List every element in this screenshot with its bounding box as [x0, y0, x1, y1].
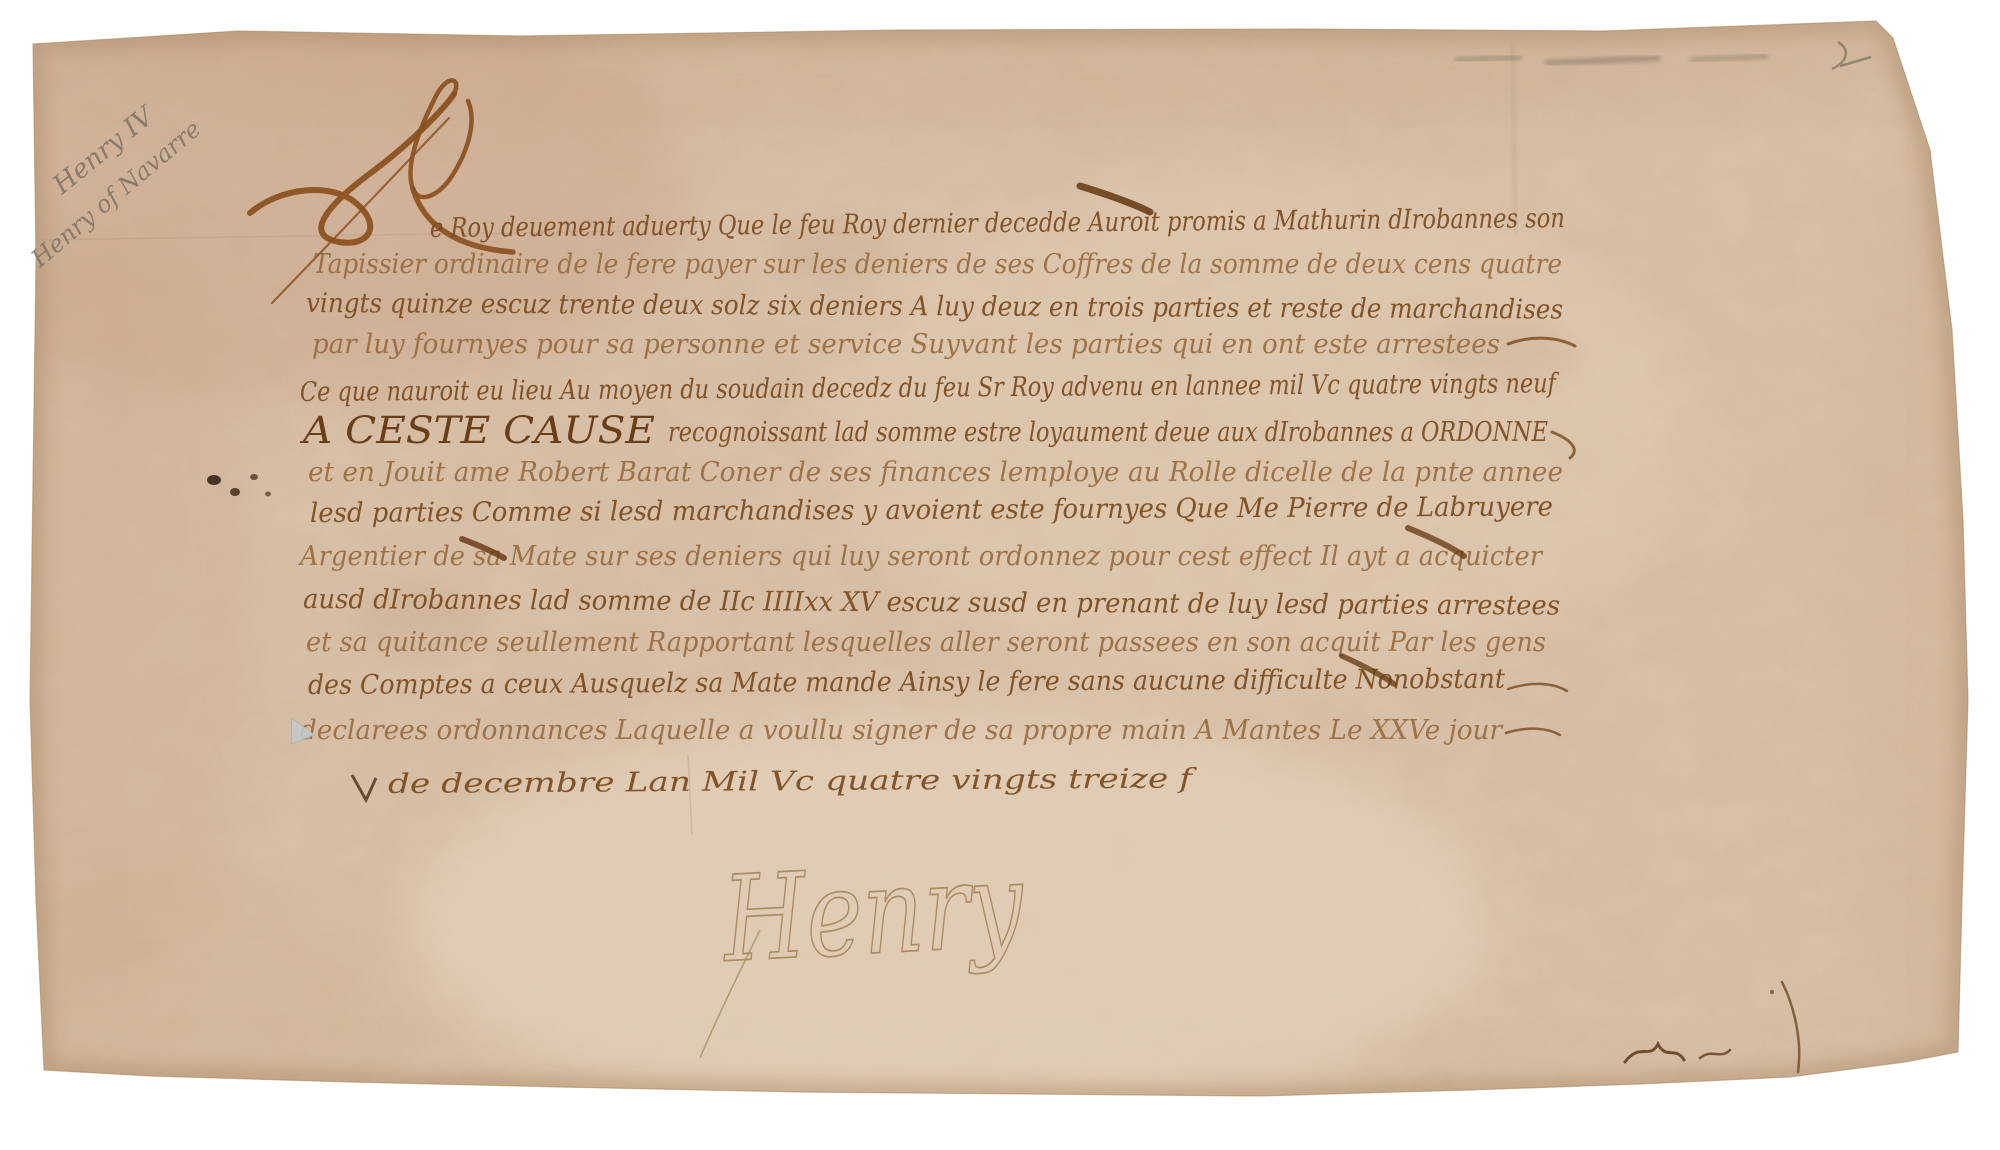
signature-henry: Henry: [718, 835, 1027, 989]
manuscript-date-line: de decembre Lan Mil Vc quatre vingts tre…: [388, 763, 1197, 800]
photograph-of-manuscript: Henry IV Henry of Navarre e Roy deuement…: [0, 0, 2000, 1150]
manuscript-line-4: par luy fournyes pour sa personne et ser…: [312, 329, 1500, 360]
manuscript-svg: Henry IV Henry of Navarre e Roy deuement…: [0, 0, 2000, 1150]
manuscript-line-6-emphasis: A CESTE CAUSE: [300, 409, 655, 452]
parchment-texture-group: [0, 0, 2000, 1150]
manuscript-line-11: et sa quitance seullement Rapportant les…: [306, 627, 1546, 658]
manuscript-line-12: des Comptes a ceux Ausquelz sa Mate mand…: [308, 664, 1505, 701]
offset-ink-dot: [1770, 990, 1774, 994]
manuscript-line-13: declarees ordonnances Laquelle a voullu …: [300, 715, 1504, 746]
manuscript-line-7: et en Jouit ame Robert Barat Coner de se…: [308, 457, 1563, 488]
manuscript-line-3: vingts quinze escuz trente deux solz six…: [306, 288, 1563, 326]
ink-blot: [250, 474, 258, 480]
ink-blot: [207, 475, 221, 485]
ink-blot: [265, 492, 271, 497]
manuscript-line-2: Tapissier ordinaire de le fere payer sur…: [313, 249, 1562, 280]
ink-blot: [230, 488, 240, 496]
manuscript-line-8: lesd parties Comme si lesd marchandises …: [310, 491, 1553, 529]
manuscript-line-10: ausd dIrobannes lad somme de IIc IIIIxx …: [303, 584, 1560, 622]
manuscript-line-6-rest: recognoissant lad somme estre loyaument …: [668, 417, 1548, 448]
pencil-smudge: [1455, 57, 1522, 60]
